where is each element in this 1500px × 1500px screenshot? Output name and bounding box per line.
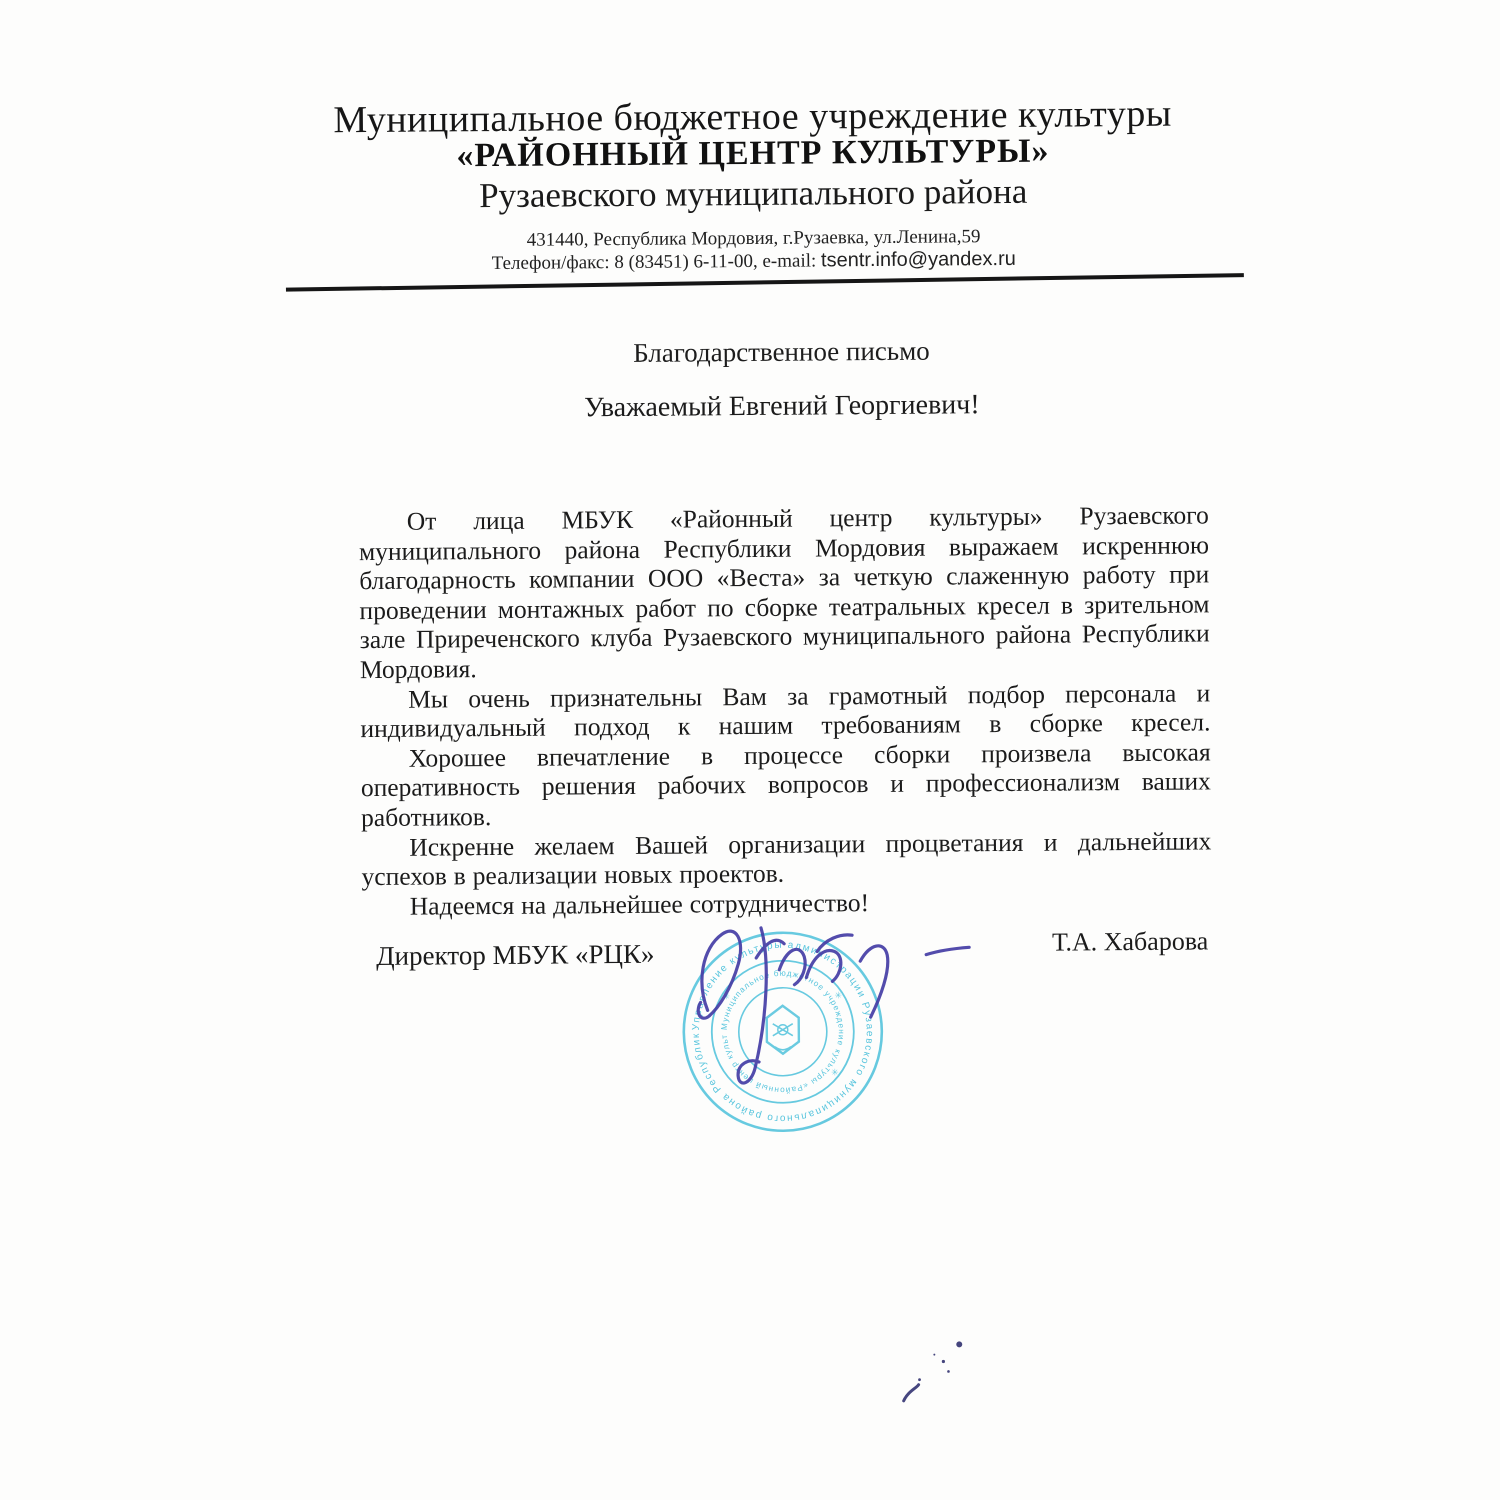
letter-title: Благодарственное письмо [357,333,1205,371]
email-text: tsentr.info@yandex.ru [821,248,1016,272]
letter-body: От лица МБУК «Районный центр культуры» Р… [359,500,1212,921]
scanned-letter-page: Муниципальное бюджетное учреждение культ… [0,0,1500,1500]
signature-name: Т.А. Хабарова [1052,926,1212,957]
body-paragraph: Искренне желаем Вашей организации процве… [361,826,1211,892]
signature-position-label: Директор МБУК «РЦК» [376,939,655,972]
body-paragraph: Мы очень признательны Вам за грамотный п… [360,678,1210,744]
ink-specks [857,1318,1018,1429]
body-paragraph: От лица МБУК «Районный центр культуры» Р… [359,500,1210,684]
phone-fax-label: Телефон/факс: 8 (83451) 6-11-00, e-mail: [492,250,822,274]
letter-salutation: Уважаемый Евгений Георгиевич! [358,387,1206,426]
letterhead-org-region: Рузаевского муниципального района [248,170,1258,218]
body-paragraph: Хорошее впечатление в процессе сборки пр… [361,737,1212,832]
handwritten-signature-icon [644,896,1006,1109]
letterhead-divider-rule [286,273,1244,292]
letterhead-org-name: «РАЙОННЫЙ ЦЕНТР КУЛЬТУРЫ» [248,131,1258,177]
